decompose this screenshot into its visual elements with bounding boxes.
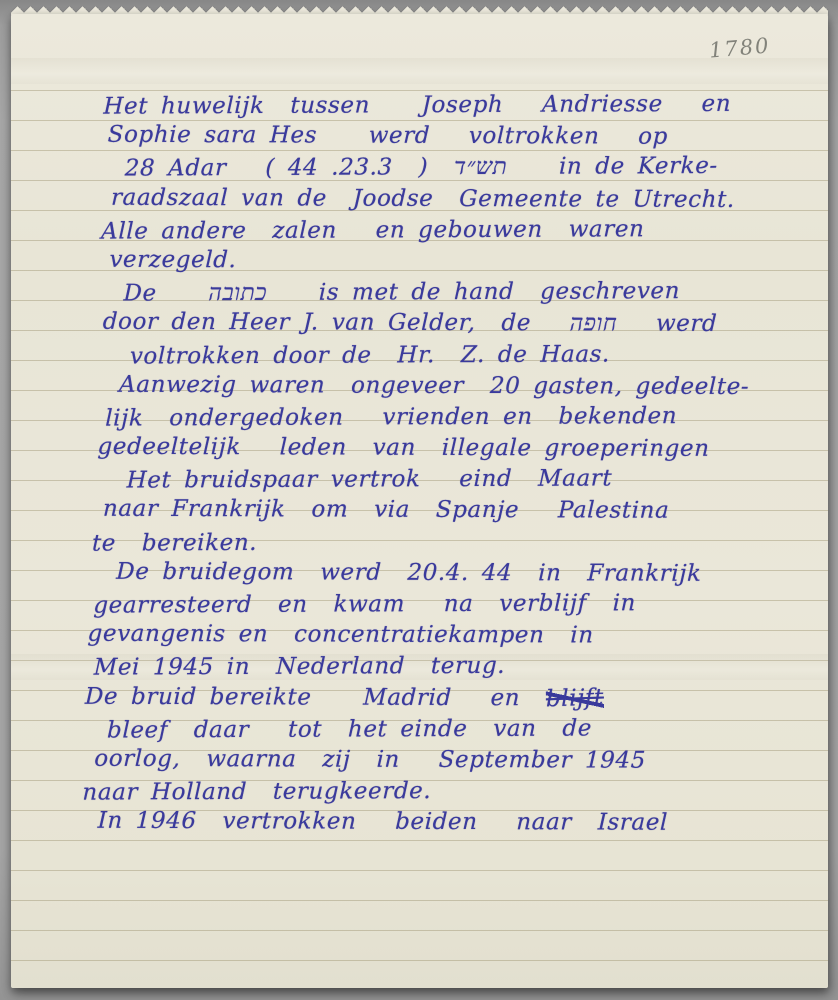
handwriting-line: Het bruidspaar vertrok eind Maart [126,465,828,499]
handwriting-line: raadszaal van de Joodse Gemeente te Utre… [111,184,828,218]
handwriting-line: De bruid bereikte Madrid en blijft [84,683,822,717]
handwriting-line: verzegeld. [109,247,828,281]
handwriting-line: Mei 1945 in Nederland terug. [93,652,823,686]
handwriting-line: lijk ondergedoken vrienden en bekenden [105,402,828,436]
handwriting-line: naar Holland terugkeerde. [82,777,820,811]
handwriting-line: In 1946 vertrokken beiden naar Israel [97,808,819,842]
handwriting-line: gevangenis en concentratiekampen in [87,621,824,655]
handwriting-line: naar Frankrijk om via Spanje Palestina [102,496,827,530]
handwriting-line: Alle andere zalen en gebouwen waren [101,215,828,249]
handwriting-line: De כתובה is met de hand geschreven [123,278,828,312]
scan-background: 1780 Het huwelijk tussen Joseph Andriess… [0,0,838,1000]
handwriting-line: Sophie sara Hes werd voltrokken op [107,122,828,156]
handwritten-text: Het huwelijk tussen Joseph Andriesse en … [11,92,828,841]
handwriting-line: bleef daar tot het einde van de [107,714,822,748]
struck-word: blijft [546,684,604,712]
handwriting-line: te bereiken. [92,527,827,561]
handwriting-line: 28 Adar תש״ד ( 23.3. 44 ) in de Kerke- [124,153,828,187]
handwriting-line: gedeeltelijk leden van illegale groeperi… [97,434,828,468]
handwriting-line: door den Heer J. van Gelder, de חופה wer… [102,309,828,343]
handwriting-line: voltrokken door de Hr. Z. de Haas. [129,340,828,374]
archive-number: 1780 [708,33,771,62]
handwriting-line: gearresteerd en kwam na verblijf in [93,589,825,623]
handwriting-line: oorlog, waarna zij in September 1945 [94,746,821,780]
handwriting-line: De bruidegom werd 20.4. 44 in Frankrijk [116,559,826,593]
handwriting-line: Aanwezig waren ongeveer 20 gasten, gedee… [119,371,828,405]
handwritten-page: 1780 Het huwelijk tussen Joseph Andriess… [11,14,828,988]
handwriting-line-text: De bruid bereikte Madrid en [85,683,547,711]
handwriting-line: Het huwelijk tussen Joseph Andriesse en [103,90,828,124]
